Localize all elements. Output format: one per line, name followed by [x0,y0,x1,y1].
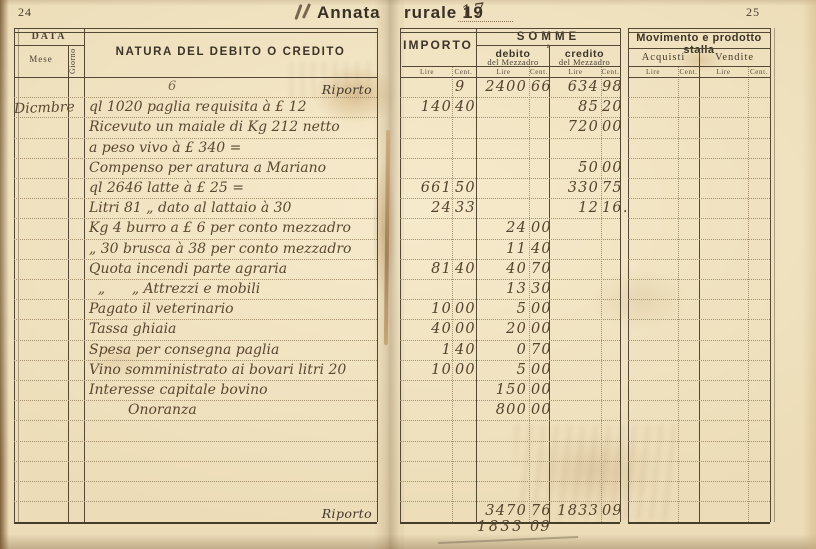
amount-imp-l: 1 [402,342,452,359]
row-rule [628,360,770,361]
grid-line [628,28,629,522]
amount-cred-c: 00 [602,119,622,136]
riporto-label: Riporto [200,506,372,521]
amount-imp-c: 40 [455,99,473,116]
grid-line [452,66,453,522]
row-rule [628,158,770,159]
row-rule [14,360,377,361]
row-rule [400,360,620,361]
amount-deb-c: 00 [531,382,548,399]
amount-deb-c: 66 [531,79,548,96]
amount-deb-l: 40 [478,261,527,278]
amount-deb-l: 0 [478,342,527,359]
row-rule [400,481,620,482]
row-rule [14,340,377,341]
row-rule [14,239,377,240]
grid-line [402,66,620,67]
entry-text: ql 2646 latte à £ 25 = [89,180,374,197]
amount-cred-l: 50 [550,160,599,177]
row-rule [400,97,620,98]
amount-imp-c: 00 [455,321,473,338]
grid-line [14,77,377,78]
row-rule [628,117,770,118]
amount-cred-c: 20 [602,99,622,116]
grid-line [529,66,530,522]
amount-imp-l: 81 [402,261,452,278]
row-rule [14,461,377,462]
amount-cred-c: 75 [602,180,622,197]
entry-text: Pagato il veterinario [89,301,374,318]
amount-cred-c: 16. [602,200,622,217]
row-rule [628,420,770,421]
row-rule [400,218,620,219]
grid-line [400,77,620,78]
amount-deb-l: 3470 [478,503,527,520]
amount-imp-c: 00 [455,362,473,379]
row-rule [14,400,377,401]
row-rule [628,259,770,260]
entry-text: Onoranza [128,402,413,419]
row-rule [628,441,770,442]
grid-line [628,77,770,78]
riporto-label: Riporto [200,82,372,97]
row-rule [628,319,770,320]
amount-deb-l: 800 [478,402,527,419]
grid-line [628,522,770,524]
amount-deb-c: 40 [531,241,548,258]
amount-cred-l: 12 [550,200,599,217]
entry-text: Interesse capitale bovino [89,382,374,399]
amount-cred-l: 1833 [550,503,599,520]
grid-line [628,28,770,33]
row-rule [628,198,770,199]
amount-deb-c: 00 [531,362,548,379]
row-rule [400,400,620,401]
grid-line [400,28,401,522]
row-rule [400,380,620,381]
entry-text: Spesa per consegna paglia [89,342,374,359]
row-rule [400,279,620,280]
amount-deb-c: 00 [531,220,548,237]
row-rule [14,158,377,159]
entry-text: a peso vivo à £ 340 = [89,140,374,157]
entry-text: Vino somministrato ai bovari litri 20 [89,362,374,379]
row-rule [400,198,620,199]
row-rule [400,158,620,159]
amount-deb-c: 76 [531,503,548,520]
row-rule [628,218,770,219]
row-rule [14,299,377,300]
amount-imp-c: 40 [455,261,473,278]
amount-deb-c: 30 [531,281,548,298]
row-rule [14,259,377,260]
amount-deb-c: 70 [531,342,548,359]
amount-cred-l: 720 [550,119,599,136]
amount-cred-l: 330 [550,180,599,197]
amount-imp-c: 00 [455,301,473,318]
amount-imp-l: 40 [402,321,452,338]
row-rule [400,441,620,442]
grid-line [477,45,620,46]
row-rule [628,279,770,280]
row-rule [14,380,377,381]
row-rule [628,299,770,300]
row-rule [628,380,770,381]
amount-deb-c: 00 [531,402,548,419]
grid-line [774,28,775,522]
row-rule [628,481,770,482]
amount-cred-l: 85 [550,99,599,116]
row-rule [400,319,620,320]
row-rule [14,198,377,199]
row-rule [628,340,770,341]
amount-imp-l: 10 [402,301,452,318]
row-rule [14,117,377,118]
ledger-rows: Riporto924006663498Dicmbreql 1020 paglia… [0,0,816,549]
row-rule [14,501,377,502]
amount-deb-l: 11 [478,241,527,258]
row-rule [14,97,377,98]
amount-cred-c: 00 [602,160,622,177]
row-rule [628,239,770,240]
entry-text: Kg 4 burro a £ 6 per conto mezzadro [89,220,374,237]
row-rule [628,178,770,179]
row-rule [400,501,620,502]
row-rule [628,138,770,139]
entry-text: Ricevuto un maiale di Kg 212 netto [89,119,374,136]
amount-imp-c: 9 [455,79,473,96]
grid-line [628,48,770,49]
amount-deb-l: 13 [478,281,527,298]
amount-imp-c: 50 [455,180,473,197]
row-rule [628,501,770,502]
grid-line [476,28,477,522]
amount-deb-l: 150 [478,382,527,399]
row-rule [14,420,377,421]
amount-imp-l: 140 [402,99,452,116]
ledger-page-scan: 24 25 Annata rurale 19 17 6 DATA Mese Gi… [0,0,816,549]
entry-text: Quota incendi parte agraria [89,261,374,278]
row-rule [400,117,620,118]
row-rule [400,299,620,300]
row-rule [628,400,770,401]
month-cell: Dicmbre [14,99,83,118]
grid-line [14,45,84,46]
row-rule [400,259,620,260]
amount-cred-c: 09 [602,503,622,520]
amount-deb-l: 2400 [478,79,527,96]
grid-line [699,48,700,522]
amount-deb-c: 00 [531,301,548,318]
amount-imp-c: 33 [455,200,473,217]
row-rule [628,97,770,98]
row-rule [14,279,377,280]
row-rule [628,461,770,462]
amount-imp-c: 40 [455,342,473,359]
row-rule [400,178,620,179]
amount-imp-l: 24 [402,200,452,217]
amount-imp-l: 661 [402,180,452,197]
grid-line [377,28,378,522]
grid-line [84,28,85,522]
row-rule [400,420,620,421]
grid-line [748,66,749,522]
row-rule [14,178,377,179]
entry-text: Litri 81 „ dato al lattaio à 30 [89,200,374,217]
row-rule [400,239,620,240]
amount-deb-l: 5 [478,301,527,318]
grid-line [678,66,679,522]
row-rule [14,319,377,320]
amount-deb-c: 70 [531,261,548,278]
entry-text: Compenso per aratura a Mariano [89,160,374,177]
row-rule [400,138,620,139]
entry-text: ql 1020 paglia requisita à £ 12 [89,99,374,116]
row-rule [400,461,620,462]
grid-line [400,28,620,33]
grid-line [770,28,771,522]
row-rule [14,218,377,219]
amount-imp-l: 10 [402,362,452,379]
amount-deb-l: 20 [478,321,527,338]
grid-line [14,28,377,33]
amount-deb-l: 5 [478,362,527,379]
amount-deb-c: 00 [531,321,548,338]
entry-text: Tassa ghiaia [89,321,374,338]
row-rule [14,138,377,139]
row-rule [14,441,377,442]
grid-line [628,66,770,67]
row-rule [14,481,377,482]
entry-text: „ 30 brusca à 38 per conto mezzadro [89,241,374,258]
grid-line [14,522,377,524]
row-rule [400,340,620,341]
amount-cred-l: 634 [550,79,599,96]
amount-cred-c: 98 [602,79,622,96]
amount-deb-l: 24 [478,220,527,237]
entry-text: „ „ Attrezzi e mobili [89,281,374,298]
